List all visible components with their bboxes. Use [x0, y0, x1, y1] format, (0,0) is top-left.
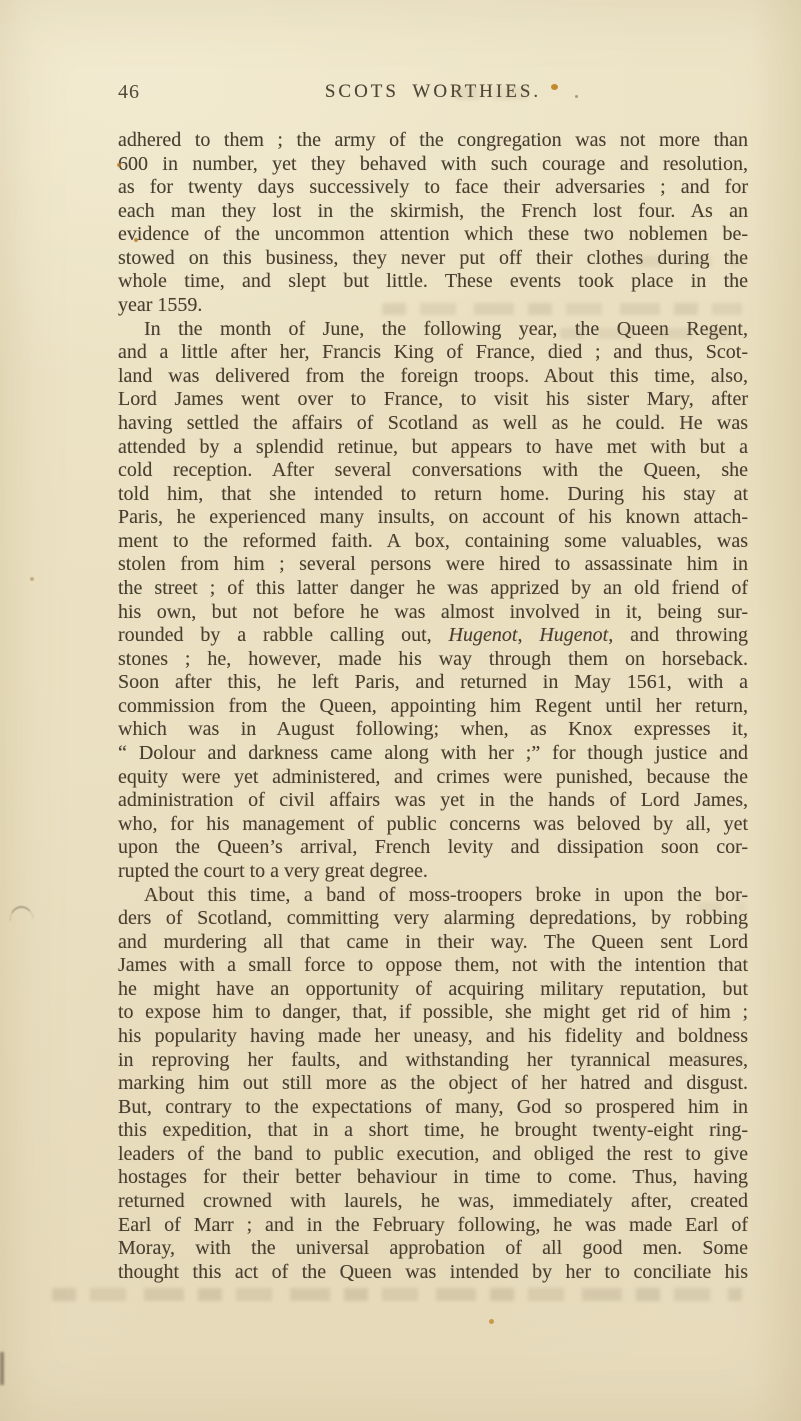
text-line: James with a small force to oppose them,… — [118, 954, 748, 978]
text-line: rupted the court to a very great degree. — [118, 860, 748, 884]
text-line: About this time, a band of moss-troopers… — [118, 884, 748, 908]
text-line: having settled the affairs of Scotland a… — [118, 412, 748, 436]
text-line: leaders of the band to public execution,… — [118, 1143, 748, 1167]
text-line: Moray, with the universal approbation of… — [118, 1237, 748, 1261]
text-line: cold reception. After several conversati… — [118, 459, 748, 483]
text-line: returned crowned with laurels, he was, i… — [118, 1190, 748, 1214]
bleed-through-mark — [455, 87, 527, 100]
text-line: this expedition, that in a short time, h… — [118, 1119, 748, 1143]
text-line: thought this act of the Queen was intend… — [118, 1261, 748, 1285]
text-line: evidence of the uncommon attention which… — [118, 223, 748, 247]
bleed-through-mark — [638, 256, 743, 267]
text-line: commission from the Queen, appointing hi… — [118, 695, 748, 719]
bleed-through-mark — [690, 1052, 746, 1063]
text-line: whole time, and slept but little. These … — [118, 270, 748, 294]
text-line: and murdering all that came in their way… — [118, 931, 748, 955]
text-line: Lord James went over to France, to visit… — [118, 388, 748, 412]
text-line: his popularity having made her uneasy, a… — [118, 1025, 748, 1049]
bleed-through-mark — [560, 328, 745, 339]
rust-speck — [30, 577, 34, 581]
text-line: administration of civil affairs was yet … — [118, 789, 748, 813]
text-line: in reproving her faults, and withstandin… — [118, 1049, 748, 1073]
text-line: stones ; he, however, made his way throu… — [118, 648, 748, 672]
text-line: Paris, he experienced many insults, on a… — [118, 506, 748, 530]
text-line: as for twenty days successively to face … — [118, 176, 748, 200]
text-line: ders of Scotland, committing very alarmi… — [118, 907, 748, 931]
text-line: rounded by a rabble calling out, Hugenot… — [118, 624, 748, 648]
text-line: the street ; of this latter danger he wa… — [118, 577, 748, 601]
bleed-through-mark — [382, 303, 742, 315]
text-line: Soon after this, he left Paris, and retu… — [118, 671, 748, 695]
text-line: and a little after her, Francis King of … — [118, 341, 748, 365]
rust-speck — [551, 84, 558, 90]
text-line: equity were yet administered, and crimes… — [118, 766, 748, 790]
text-line: ment to the reformed faith. A box, conta… — [118, 530, 748, 554]
text-line: attended by a splendid retinue, but appe… — [118, 436, 748, 460]
text-line: his own, but not before he was almost in… — [118, 601, 748, 625]
rust-speck — [134, 238, 138, 242]
text-line: each man they lost in the skirmish, the … — [118, 200, 748, 224]
text-line: he might have an opportunity of acquirin… — [118, 978, 748, 1002]
text-line: Earl of Marr ; and in the February follo… — [118, 1214, 748, 1238]
text-line: marking him out still more as the object… — [118, 1072, 748, 1096]
text-line: upon the Queen’s arrival, French levity … — [118, 836, 748, 860]
text-line: stolen from him ; several persons were h… — [118, 553, 748, 577]
book-page: 46 SCOTS WORTHIES. adhered to them ; the… — [0, 0, 801, 1421]
text-line: adhered to them ; the army of the congre… — [118, 129, 748, 153]
rust-speck — [117, 163, 121, 167]
bleed-through-mark — [698, 902, 746, 913]
text-line: told him, that she intended to return ho… — [118, 483, 748, 507]
gray-speck — [575, 95, 578, 98]
text-line: who, for his management of public concer… — [118, 813, 748, 837]
page-number: 46 — [118, 82, 140, 102]
rust-speck — [489, 1319, 494, 1324]
running-head: 46 SCOTS WORTHIES. — [118, 82, 748, 104]
text-line: which was in August following; when, as … — [118, 718, 748, 742]
text-line: land was delivered from the foreign troo… — [118, 365, 748, 389]
bleed-through-mark — [52, 1288, 742, 1301]
pencil-arc-mark — [8, 905, 33, 921]
page-edge-smudge — [0, 1352, 4, 1385]
running-title: SCOTS WORTHIES. — [118, 82, 748, 102]
text-line: But, contrary to the expectations of man… — [118, 1096, 748, 1120]
text-line: “ Dolour and darkness came along with he… — [118, 742, 748, 766]
text-line: hostages for their better behaviour in t… — [118, 1166, 748, 1190]
text-line: to expose him to danger, that, if possib… — [118, 1001, 748, 1025]
text-line: 600 in number, yet they behaved with suc… — [118, 153, 748, 177]
